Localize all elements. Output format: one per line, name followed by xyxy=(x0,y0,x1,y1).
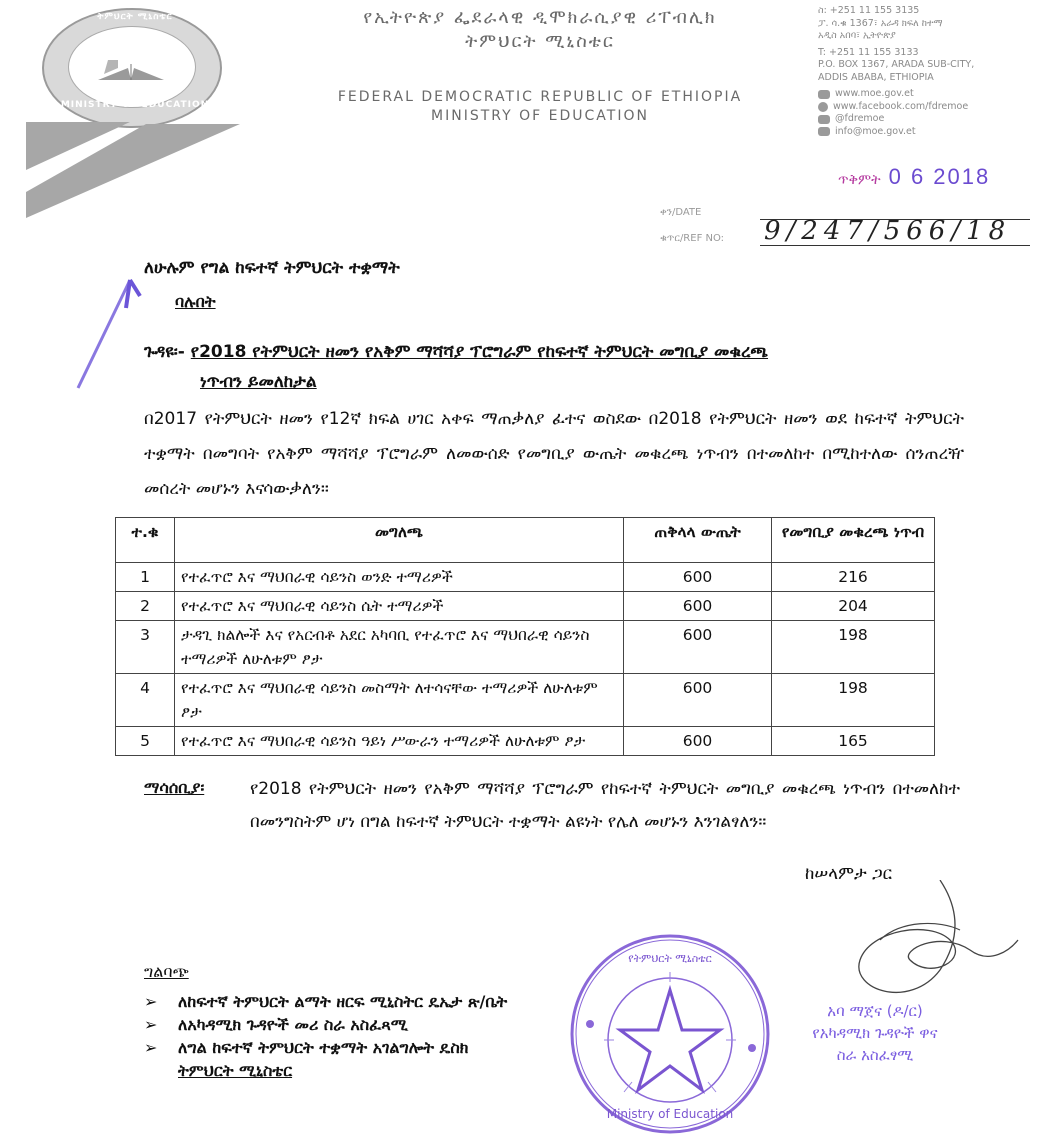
subject: ጉዳዩ፡- የ2018 የትምህርት ዘመን የአቅም ማሻሻያ ፕሮግራም የ… xyxy=(144,337,964,397)
col-header-no: ተ.ቁ xyxy=(116,518,175,563)
seal-text-am: የትምህርት ሚኒስቴር xyxy=(628,952,711,965)
cc-label: ግልባጭ xyxy=(144,962,189,982)
facebook-icon xyxy=(818,102,828,112)
table-row: 1የተፈጥሮ እና ማህበራዊ ሳይንስ ወንድ ተማሪዎች600216 xyxy=(116,563,935,592)
ref-label: ቁጥር/REF NO: xyxy=(660,233,724,244)
facebook-link[interactable]: www.facebook.com/fdremoe xyxy=(833,101,968,114)
date-label: ቀን/DATE xyxy=(660,207,701,218)
letterhead-title-amharic: የኢትዮጵያ ፌደራላዊ ዲሞክራሲያዊ ሪፐብሊክ ትምህርት ሚኒስቴር xyxy=(280,6,800,54)
signer-title-1: የአካዳሚክ ጉዳዮች ዋና xyxy=(770,1022,980,1044)
subject-line2: ነጥብን ይመለከታል xyxy=(144,367,964,397)
recipient: ለሁሉም የግል ከፍተኛ ትምህርት ተቋማት xyxy=(144,258,400,278)
cell-cutoff: 165 xyxy=(772,727,935,756)
cell-no: 5 xyxy=(116,727,175,756)
table-row: 4የተፈጥሮ እና ማህበራዊ ሳይንስ መስማት ለተሳናቸው ተማሪዎች ለ… xyxy=(116,674,935,727)
title-en-line1: FEDERAL DEMOCRATIC REPUBLIC OF ETHIOPIA xyxy=(280,88,800,107)
subject-label: ጉዳዩ፡- xyxy=(144,342,185,362)
twitter-handle[interactable]: @fdremoe xyxy=(835,113,884,126)
cell-desc: የተፈጥሮ እና ማህበራዊ ሳይንስ መስማት ለተሳናቸው ተማሪዎች ለሁ… xyxy=(175,674,624,727)
stamp-date-value: 0 6 2018 xyxy=(889,164,991,189)
arrow-bullet-icon: ➢ xyxy=(144,1013,158,1036)
cell-total: 600 xyxy=(624,592,772,621)
cc-item: ➢ለከፍተኛ ትምህርት ልማት ዘርፍ ሚኒስትር ዴኤታ ጽ/ቤት xyxy=(144,990,507,1013)
col-header-description: መግለጫ xyxy=(175,518,624,563)
signer-name: አባ ማጀና (ዶ/ር) xyxy=(770,1000,980,1022)
letterhead-title-english: FEDERAL DEMOCRATIC REPUBLIC OF ETHIOPIA … xyxy=(280,88,800,126)
cell-total: 600 xyxy=(624,674,772,727)
date-stamp: ጥቅምት0 6 2018 xyxy=(838,164,990,190)
cell-no: 2 xyxy=(116,592,175,621)
col-header-total: ጠቅላላ ውጤት xyxy=(624,518,772,563)
arrow-bullet-icon: ➢ xyxy=(144,1036,158,1059)
website-link[interactable]: www.moe.gov.et xyxy=(835,88,914,101)
letterhead-stripes xyxy=(26,122,242,218)
globe-icon xyxy=(818,90,830,99)
cc-item: ➢ለግል ከፍተኛ ትምህርት ተቋማት አገልግሎት ዴስክ xyxy=(144,1036,507,1059)
email-icon xyxy=(818,127,830,136)
cell-cutoff: 216 xyxy=(772,563,935,592)
address-am-1: ፓ. ሳ.ቁ 1367፣ አራዳ ክፍለ ከተማ xyxy=(818,18,1038,31)
phone-en: T: +251 11 155 3133 xyxy=(818,47,1038,60)
cc-list: ➢ለከፍተኛ ትምህርት ልማት ዘርፍ ሚኒስትር ዴኤታ ጽ/ቤት ➢ለአካ… xyxy=(144,990,507,1082)
arrow-bullet-icon: ➢ xyxy=(144,990,158,1013)
cell-no: 1 xyxy=(116,563,175,592)
signer-title-2: ስራ አስፈፃሚ xyxy=(770,1044,980,1066)
table-row: 5የተፈጥሮ እና ማህበራዊ ሳይንስ ዓይነ ሥውራን ተማሪዎች ለሁለቱ… xyxy=(116,727,935,756)
cell-total: 600 xyxy=(624,727,772,756)
signature xyxy=(840,880,1020,1010)
twitter-icon xyxy=(818,115,830,124)
cc-item: ➢ለአካዳሚክ ጉዳዮች መሪ ስራ አስፈጻሚ xyxy=(144,1013,507,1036)
logo-text-top: ትምህርት ሚኒስቴር xyxy=(70,12,200,22)
cell-desc: ታዳጊ ክልሎች እና የአርብቶ አደር አካባቢ የተፈጥሮ እና ማህበራ… xyxy=(175,621,624,674)
seal-text-en: Ministry of Education xyxy=(607,1107,734,1121)
logo-text-bottom: MINISTRY OF EDUCATION xyxy=(60,100,210,110)
signer-block: አባ ማጀና (ዶ/ር) የአካዳሚክ ጉዳዮች ዋና ስራ አስፈፃሚ xyxy=(770,1000,980,1066)
body-paragraph: በ2017 የትምህርት ዘመን የ12ኛ ክፍል ሀገር አቀፍ ማጠቃለያ … xyxy=(144,402,964,507)
cc-sub-org: ትምህርት ሚኒስቴር xyxy=(144,1059,507,1082)
col-header-cutoff: የመግቢያ መቁረጫ ነጥብ xyxy=(772,518,935,563)
subject-line1: የ2018 የትምህርት ዘመን የአቅም ማሻሻያ ፕሮግራም የከፍተኛ ት… xyxy=(191,342,768,362)
stamp-month: ጥቅምት xyxy=(838,171,881,187)
table-header-row: ተ.ቁ መግለጫ ጠቅላላ ውጤት የመግቢያ መቁረጫ ነጥብ xyxy=(116,518,935,563)
title-en-line2: MINISTRY OF EDUCATION xyxy=(280,107,800,126)
table-row: 3ታዳጊ ክልሎች እና የአርብቶ አደር አካባቢ የተፈጥሮ እና ማህበ… xyxy=(116,621,935,674)
open-book-icon xyxy=(96,54,166,84)
cutoff-table: ተ.ቁ መግለጫ ጠቅላላ ውጤት የመግቢያ መቁረጫ ነጥብ 1የተፈጥሮ … xyxy=(115,517,935,756)
official-seal: የትምህርት ሚኒስቴር Ministry of Education xyxy=(568,932,772,1136)
phone-am: ስ: +251 11 155 3135 xyxy=(818,5,1038,18)
cell-cutoff: 198 xyxy=(772,674,935,727)
ref-number: 9/247/566/18 xyxy=(764,216,1011,246)
table-row: 2የተፈጥሮ እና ማህበራዊ ሳይንስ ሴት ተማሪዎች600204 xyxy=(116,592,935,621)
title-am-line1: የኢትዮጵያ ፌደራላዊ ዲሞክራሲያዊ ሪፐብሊክ xyxy=(280,6,800,30)
note-text: የ2018 የትምህርት ዘመን የአቅም ማሻሻያ ፕሮግራም የከፍተኛ ት… xyxy=(250,773,960,839)
address-en-1: P.O. BOX 1367, ARADA SUB-CITY, xyxy=(818,59,1038,72)
cell-cutoff: 198 xyxy=(772,621,935,674)
contact-block: ስ: +251 11 155 3135 ፓ. ሳ.ቁ 1367፣ አራዳ ክፍለ… xyxy=(818,5,1038,138)
title-am-line2: ትምህርት ሚኒስቴር xyxy=(280,30,800,54)
cell-no: 3 xyxy=(116,621,175,674)
address-am-2: አዲስ አበባ፣ ኢትዮጵያ xyxy=(818,30,1038,43)
cell-desc: የተፈጥሮ እና ማህበራዊ ሳይንስ ወንድ ተማሪዎች xyxy=(175,563,624,592)
cell-desc: የተፈጥሮ እና ማህበራዊ ሳይንስ ሴት ተማሪዎች xyxy=(175,592,624,621)
cell-total: 600 xyxy=(624,563,772,592)
address-en-2: ADDIS ABABA, ETHIOPIA xyxy=(818,72,1038,85)
email-link[interactable]: info@moe.gov.et xyxy=(835,126,916,139)
cell-total: 600 xyxy=(624,621,772,674)
note-label: ማሳሰቢያ፡ xyxy=(144,778,204,798)
cell-desc: የተፈጥሮ እና ማህበራዊ ሳይንስ ዓይነ ሥውራን ተማሪዎች ለሁለቱም… xyxy=(175,727,624,756)
ref-field: ቁጥር/REF NO: 9/247/566/18 xyxy=(660,226,1030,246)
cell-no: 4 xyxy=(116,674,175,727)
attention-line: ባሉበት xyxy=(175,292,216,312)
cell-cutoff: 204 xyxy=(772,592,935,621)
